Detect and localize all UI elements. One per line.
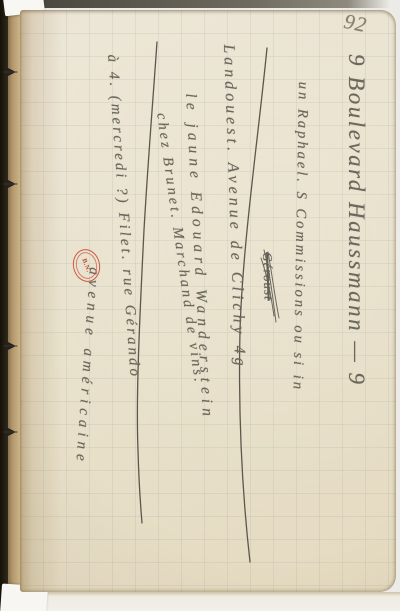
line-3-avenue: Landouest. Avenue de Clichy 4g — [219, 44, 248, 370]
line-6-gerando: à 4. (mercredi ?) Filet. rue Gérando — [103, 54, 143, 380]
line-1-haussmann: 9 Boulevard Haussmann — 9 — [343, 54, 369, 387]
handwriting-layer: 9 Boulevard Haussmann — 9un Raphael. S C… — [0, 0, 400, 611]
scanned-notebook-page: 9 Boulevard Haussmann — 9un Raphael. S C… — [0, 0, 400, 611]
line-2-raphael: un Raphael. S Commissions ou si in — [289, 82, 311, 392]
line-7-americaine: avenue américaine — [71, 267, 102, 466]
library-stamp-text: B.N. — [81, 258, 92, 274]
line-2-struck-word: Géroust — [259, 252, 277, 301]
